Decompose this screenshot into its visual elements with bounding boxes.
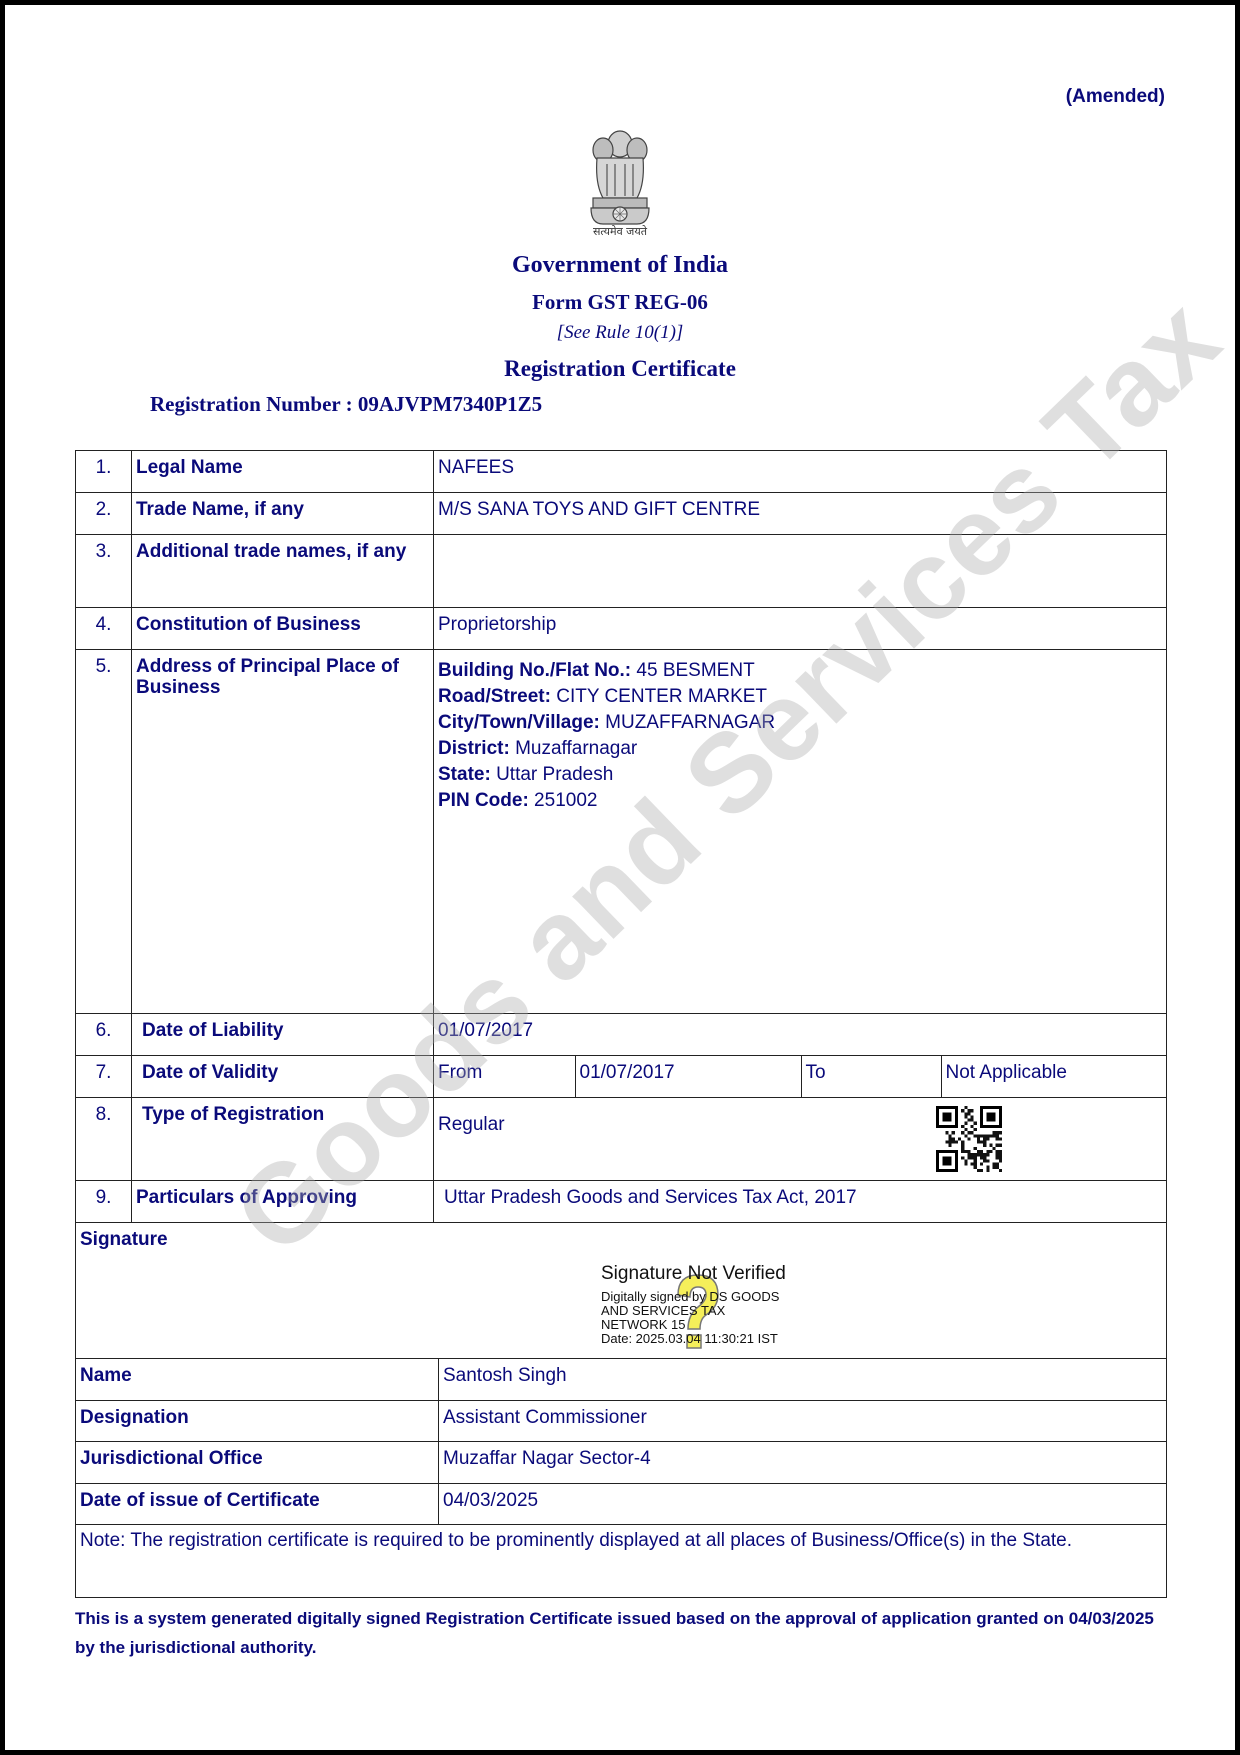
row-number: 7. (76, 1056, 132, 1098)
issue-date-label: Date of issue of Certificate (76, 1484, 439, 1525)
validity-to-value: Not Applicable (941, 1056, 1166, 1097)
table-row: 6. Date of Liability 01/07/2017 (76, 1014, 1167, 1056)
system-generated-notice: This is a system generated digitally sig… (75, 1604, 1155, 1662)
field-label: Additional trade names, if any (132, 535, 434, 608)
table-row: 7. Date of Validity From 01/07/2017 To N… (76, 1056, 1167, 1098)
table-row: Date of issue of Certificate 04/03/2025 (76, 1484, 1167, 1525)
officer-details-table: Name Santosh Singh Designation Assistant… (75, 1358, 1167, 1598)
address-building: Building No./Flat No.: 45 BESMENT (438, 658, 1162, 684)
registration-number: Registration Number : 09AJVPM7340P1Z5 (150, 392, 542, 417)
legal-name-value: NAFEES (434, 451, 1167, 493)
date-of-liability-value: 01/07/2017 (434, 1014, 1167, 1056)
row-number: 3. (76, 535, 132, 608)
table-row: 2. Trade Name, if any M/S SANA TOYS AND … (76, 493, 1167, 535)
form-name: Form GST REG-06 (0, 290, 1240, 315)
signature-status: Signature Not Verified (601, 1263, 831, 1284)
trade-name-value: M/S SANA TOYS AND GIFT CENTRE (434, 493, 1167, 535)
table-row: 3. Additional trade names, if any (76, 535, 1167, 608)
digital-signature: Signature Not Verified Digitally signed … (601, 1263, 831, 1346)
field-label: Address of Principal Place of Business (132, 650, 434, 1014)
additional-trade-names-value (434, 535, 1167, 608)
field-label: Constitution of Business (132, 608, 434, 650)
registration-number-value: 09AJVPM7340P1Z5 (358, 392, 542, 416)
national-emblem-icon (583, 124, 657, 236)
validity-to-label: To (801, 1056, 941, 1097)
address-state: State: Uttar Pradesh (438, 762, 1162, 788)
row-number: 1. (76, 451, 132, 493)
constitution-value: Proprietorship (434, 608, 1167, 650)
row-number: 6. (76, 1014, 132, 1056)
registration-number-label: Registration Number : (150, 392, 358, 416)
row-number: 4. (76, 608, 132, 650)
signature-label: Signature (80, 1229, 1162, 1250)
validity-from-label: From (434, 1056, 575, 1097)
registration-type-cell: Regular (434, 1098, 1167, 1181)
table-row: 1. Legal Name NAFEES (76, 451, 1167, 493)
jurisdictional-office-value: Muzaffar Nagar Sector-4 (439, 1442, 1167, 1484)
signature-details: Digitally signed by DS GOODS AND SERVICE… (601, 1290, 831, 1346)
designation-label: Designation (76, 1401, 439, 1442)
registration-type-value: Regular (438, 1114, 505, 1135)
amended-tag: (Amended) (1066, 86, 1165, 108)
table-row: 4. Constitution of Business Proprietorsh… (76, 608, 1167, 650)
officer-name-label: Name (76, 1359, 439, 1401)
field-label: Particulars of Approving (132, 1181, 434, 1223)
table-row: 5. Address of Principal Place of Busines… (76, 650, 1167, 1014)
table-row: Name Santosh Singh (76, 1359, 1167, 1401)
address-pin: PIN Code: 251002 (438, 788, 1162, 814)
validity-from-value: 01/07/2017 (575, 1056, 801, 1097)
field-label: Type of Registration (132, 1098, 434, 1181)
certificate-title: Registration Certificate (0, 356, 1240, 382)
rule-reference: [See Rule 10(1)] (0, 322, 1240, 344)
signature-row: Signature Signature Not Verified Digital… (76, 1223, 1167, 1359)
qr-code-icon (936, 1106, 1002, 1172)
field-label: Legal Name (132, 451, 434, 493)
table-row: Designation Assistant Commissioner (76, 1401, 1167, 1442)
approving-act-value: Uttar Pradesh Goods and Services Tax Act… (434, 1181, 1167, 1223)
signature-cell: Signature Signature Not Verified Digital… (76, 1223, 1167, 1359)
validity-cell: From 01/07/2017 To Not Applicable (434, 1056, 1167, 1098)
display-note: Note: The registration certificate is re… (76, 1525, 1167, 1598)
table-row: Note: The registration certificate is re… (76, 1525, 1167, 1598)
emblem-motto: सत्यमेव जयते (560, 224, 680, 239)
field-label: Trade Name, if any (132, 493, 434, 535)
address-value: Building No./Flat No.: 45 BESMENT Road/S… (434, 650, 1167, 1014)
address-district: District: Muzaffarnagar (438, 736, 1162, 762)
field-label: Date of Liability (132, 1014, 434, 1056)
issue-date-value: 04/03/2025 (439, 1484, 1167, 1525)
row-number: 5. (76, 650, 132, 1014)
row-number: 8. (76, 1098, 132, 1181)
validity-table: From 01/07/2017 To Not Applicable (434, 1056, 1166, 1097)
address-city: City/Town/Village: MUZAFFARNAGAR (438, 710, 1162, 736)
designation-value: Assistant Commissioner (439, 1401, 1167, 1442)
table-row: Jurisdictional Office Muzaffar Nagar Sec… (76, 1442, 1167, 1484)
government-heading: Government of India (0, 252, 1240, 279)
row-number: 2. (76, 493, 132, 535)
registration-details-table: 1. Legal Name NAFEES 2. Trade Name, if a… (75, 450, 1167, 1359)
row-number: 9. (76, 1181, 132, 1223)
officer-name-value: Santosh Singh (439, 1359, 1167, 1401)
table-row: 8. Type of Registration Regular (76, 1098, 1167, 1181)
address-road: Road/Street: CITY CENTER MARKET (438, 684, 1162, 710)
field-label: Date of Validity (132, 1056, 434, 1098)
jurisdictional-office-label: Jurisdictional Office (76, 1442, 439, 1484)
table-row: 9. Particulars of Approving Uttar Prades… (76, 1181, 1167, 1223)
